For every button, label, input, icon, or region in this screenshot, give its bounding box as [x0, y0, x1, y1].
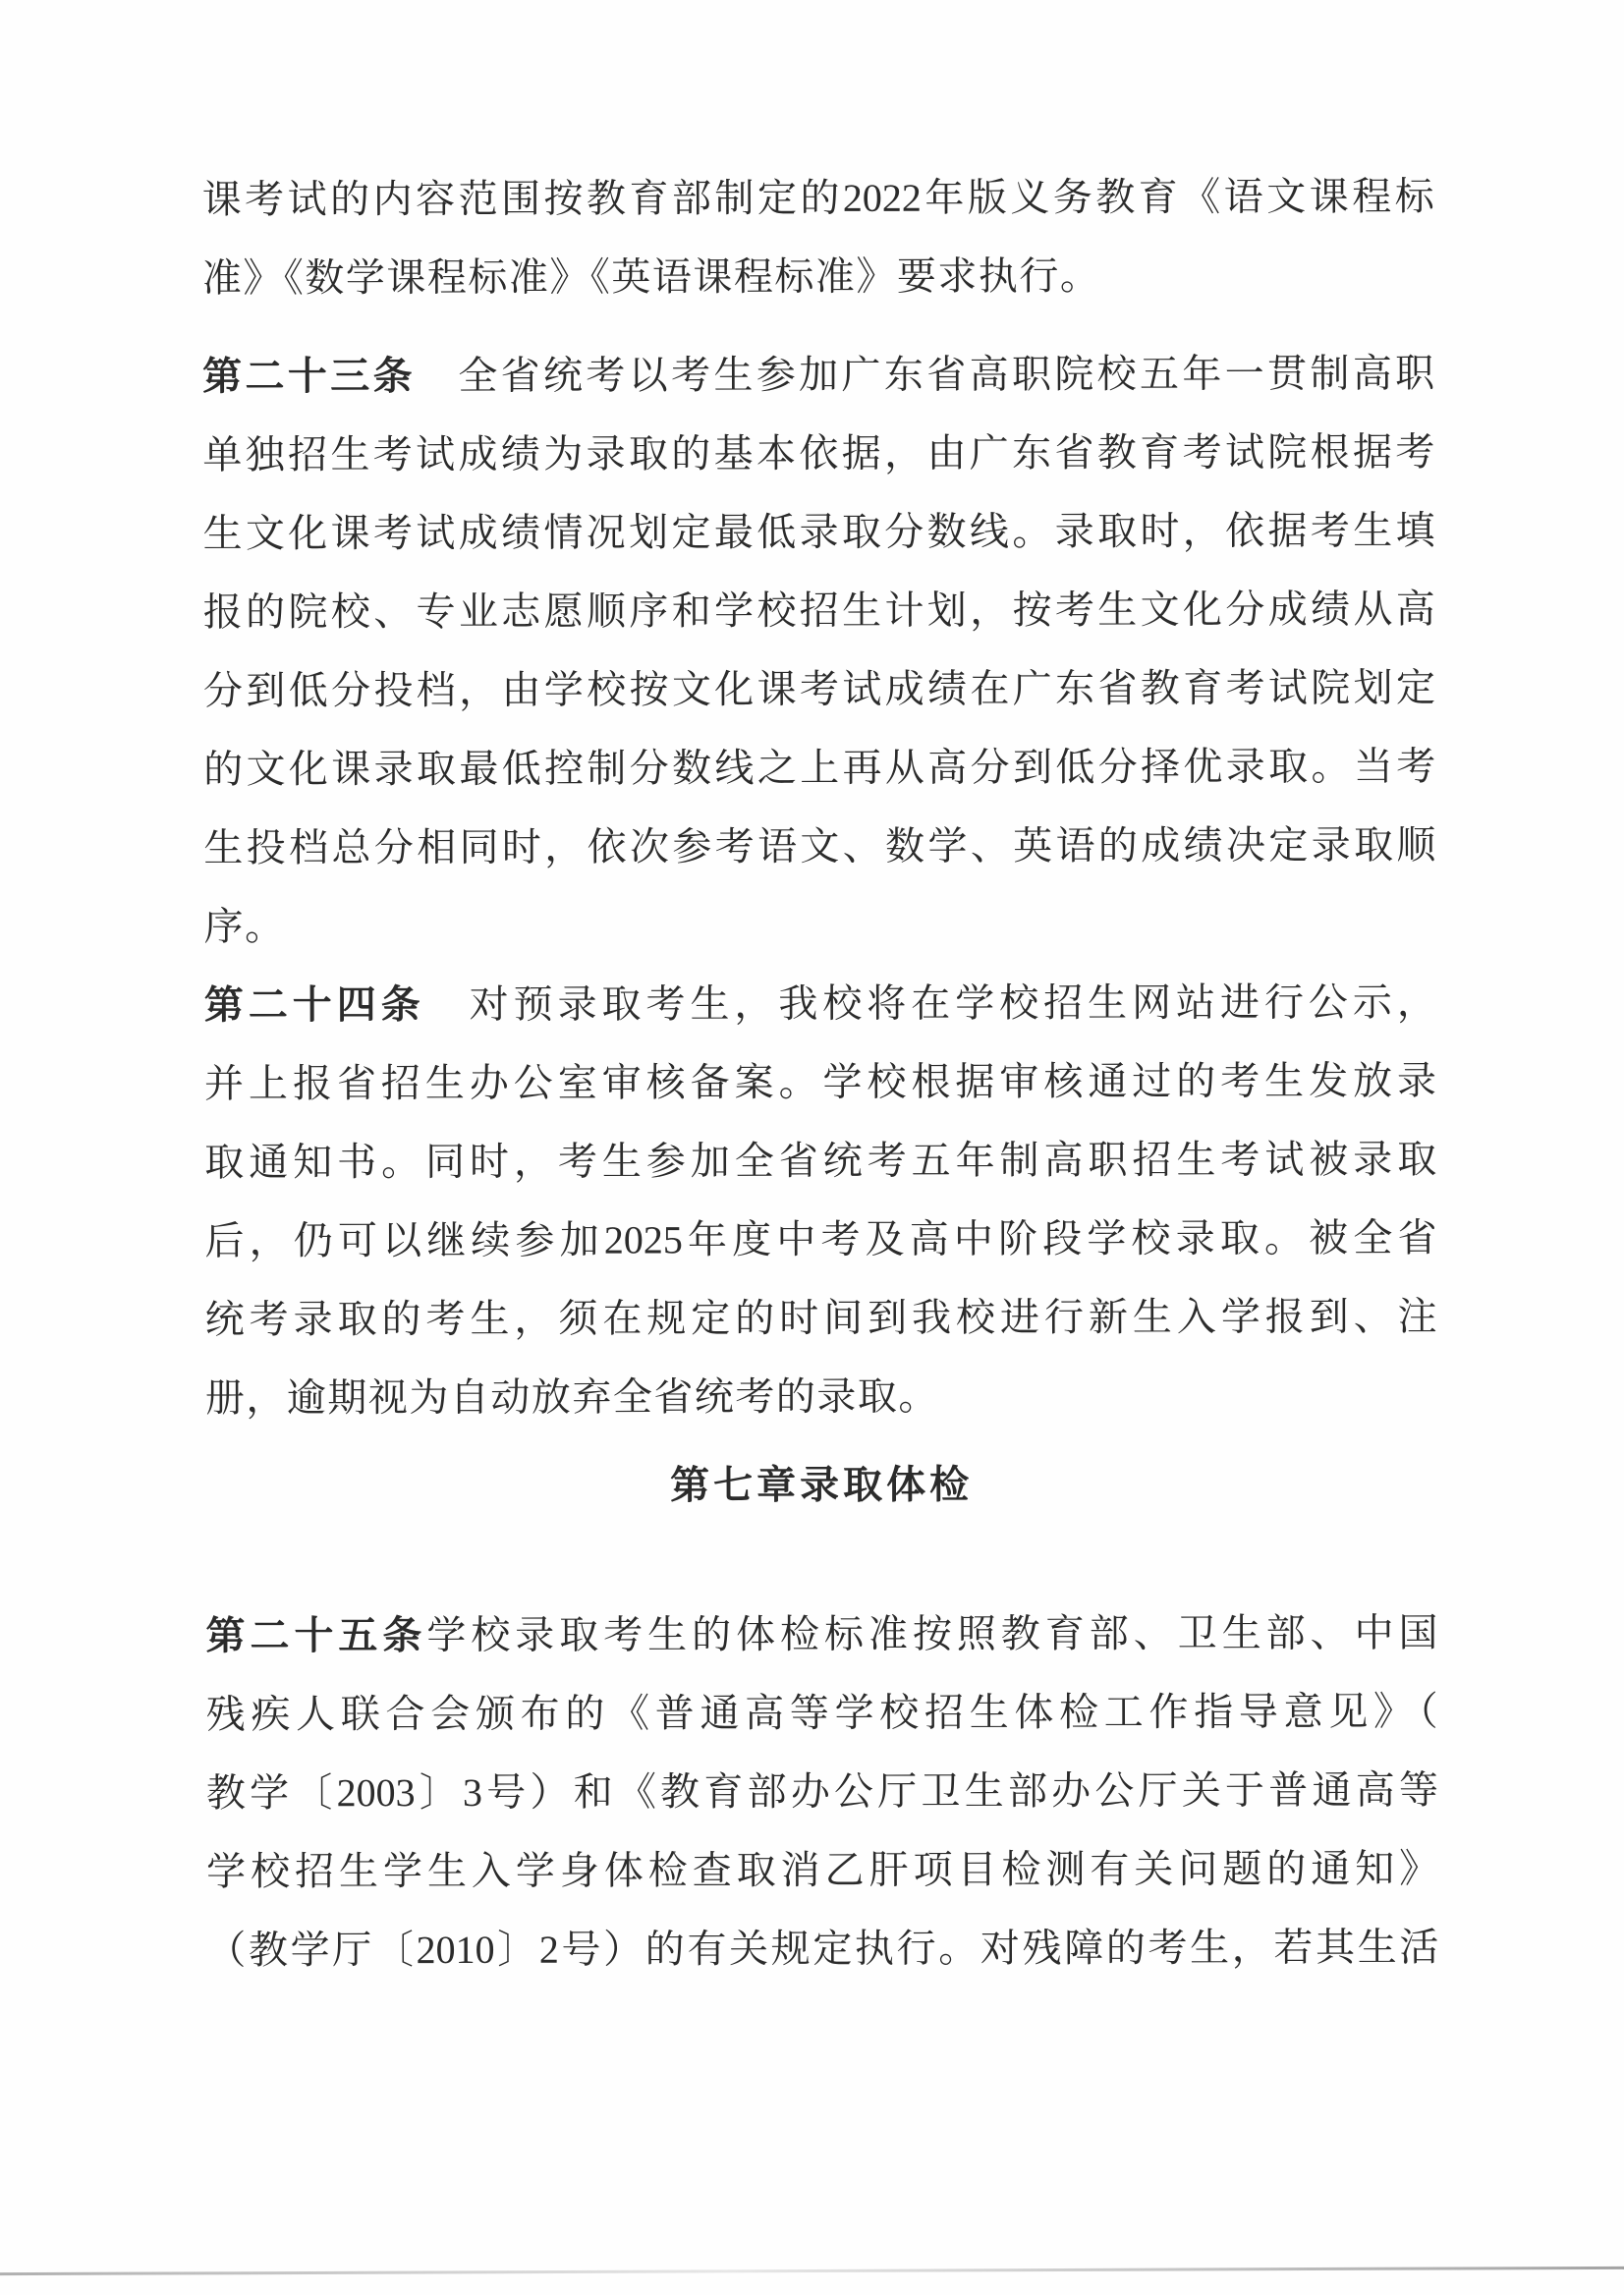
text-line: 报的院校、专业志愿顺序和学校招生计划，按考生文化分成绩从高	[203, 570, 1435, 651]
text-line: 生投档总分相同时，依次参考语文、数学、英语的成绩决定录取顺	[203, 806, 1435, 887]
chapter-7-heading: 第七章录取体检	[205, 1444, 1437, 1526]
line-text: 第七章录取体检	[670, 1463, 973, 1508]
line-text: 全省统考以考生参加广东省高职院校五年一贯制高职	[416, 351, 1434, 398]
line-text: 序。	[204, 904, 286, 948]
text-line: 统考录取的考生，须在规定的时间到我校进行新生入学报到、注	[205, 1277, 1437, 1359]
line-text: 分到低分投档，由学校按文化课考试成绩在广东省教育考试院划定	[203, 665, 1435, 712]
article-number: 第二十四条	[204, 982, 425, 1028]
line-text: 生投档总分相同时，依次参考语文、数学、英语的成绩决定录取顺	[203, 822, 1435, 869]
line-text: 教学〔2003〕3号）和《教育部办公厅卫生部办公厅关于普通高等	[206, 1767, 1438, 1815]
line-text: 学校招生学生入学身体检查取消乙肝项目检测有关问题的通知》	[206, 1846, 1438, 1893]
text-line: 准》《数学课程标准》《英语课程标准》要求执行。	[202, 236, 1434, 317]
text-line: 分到低分投档，由学校按文化课考试成绩在广东省教育考试院划定	[203, 648, 1435, 730]
text-line: 生文化课考试成绩情况划定最低录取分数线。录取时，依据考生填	[202, 491, 1434, 573]
line-text: 后，仍可以继续参加2025年度中考及高中阶段学校录取。被全省	[204, 1215, 1436, 1262]
document-page: 课考试的内容范围按教育部制定的2022年版义务教育《语文课程标准》《数学课程标准…	[0, 0, 1624, 2295]
document-text: 课考试的内容范围按教育部制定的2022年版义务教育《语文课程标准》《数学课程标准…	[202, 157, 1439, 1989]
text-line: 并上报省招生办公室审核备案。学校根据审核通过的考生发放录	[204, 1041, 1436, 1123]
line-text: 对预录取考生，我校将在学校招生网站进行公示，	[425, 980, 1436, 1027]
line-text: 报的院校、专业志愿顺序和学校招生计划，按考生文化分成绩从高	[203, 587, 1435, 634]
text-line: 学校招生学生入学身体检查取消乙肝项目检测有关问题的通知》	[206, 1829, 1438, 1911]
line-text: 统考录取的考生，须在规定的时间到我校进行新生入学报到、注	[205, 1294, 1437, 1341]
article-number: 第二十五条	[205, 1613, 426, 1658]
text-line: 第二十四条 对预录取考生，我校将在学校招生网站进行公示，	[204, 963, 1436, 1044]
line-text: 课考试的内容范围按教育部制定的2022年版义务教育《语文课程标	[202, 174, 1434, 221]
line-text: 册，逾期视为自动放弃全省统考的录取。	[205, 1374, 939, 1421]
line-text: 学校录取考生的体检标准按照教育部、卫生部、中国	[426, 1610, 1437, 1657]
line-text: 的文化课录取最低控制分数线之上再从高分到低分择优录取。当考	[203, 744, 1435, 791]
para-article-24: 第二十四条 对预录取考生，我校将在学校招生网站进行公示，并上报省招生办公室审核备…	[204, 963, 1437, 1437]
line-text: 残疾人联合会颁布的《普通高等学校招生体检工作指导意见》（	[206, 1689, 1438, 1736]
text-line: 单独招生考试成绩为录取的基本依据，由广东省教育考试院根据考	[202, 413, 1434, 494]
para-article-25: 第二十五条学校录取考生的体检标准按照教育部、卫生部、中国残疾人联合会颁布的《普通…	[205, 1594, 1438, 1989]
text-line: 教学〔2003〕3号）和《教育部办公厅卫生部办公厅关于普通高等	[206, 1751, 1438, 1832]
line-text: 取通知书。同时，考生参加全省统考五年制高职招生考试被录取	[204, 1137, 1436, 1184]
para-continuation: 课考试的内容范围按教育部制定的2022年版义务教育《语文课程标准》《数学课程标准…	[202, 157, 1434, 317]
text-line: 残疾人联合会颁布的《普通高等学校招生体检工作指导意见》（	[206, 1672, 1438, 1754]
text-line: 课考试的内容范围按教育部制定的2022年版义务教育《语文课程标	[202, 157, 1434, 239]
text-line: 第二十五条学校录取考生的体检标准按照教育部、卫生部、中国	[205, 1594, 1437, 1675]
line-text: 生文化课考试成绩情况划定最低录取分数线。录取时，依据考生填	[202, 508, 1434, 555]
article-number: 第二十三条	[202, 354, 416, 399]
text-line: 第二十三条 全省统考以考生参加广东省高职院校五年一贯制高职	[202, 334, 1434, 416]
line-text: 单独招生考试成绩为录取的基本依据，由广东省教育考试院根据考	[202, 429, 1434, 476]
scan-artifact-line	[0, 2267, 1624, 2275]
text-line: （教学厅〔2010〕2号）的有关规定执行。对残障的考生，若其生活	[206, 1908, 1438, 1989]
line-text: 准》《数学课程标准》《英语课程标准》要求执行。	[202, 253, 1101, 300]
text-line: 册，逾期视为自动放弃全省统考的录取。	[205, 1356, 1437, 1437]
text-line: 后，仍可以继续参加2025年度中考及高中阶段学校录取。被全省	[204, 1199, 1436, 1280]
para-article-23: 第二十三条 全省统考以考生参加广东省高职院校五年一贯制高职单独招生考试成绩为录取…	[202, 334, 1436, 966]
text-line: 的文化课录取最低控制分数线之上再从高分到低分择优录取。当考	[203, 727, 1435, 809]
line-text: 并上报省招生办公室审核备案。学校根据审核通过的考生发放录	[204, 1058, 1436, 1105]
line-text: （教学厅〔2010〕2号）的有关规定执行。对残障的考生，若其生活	[206, 1925, 1438, 1972]
chapter-heading: 第七章录取体检	[205, 1444, 1437, 1526]
text-line: 取通知书。同时，考生参加全省统考五年制高职招生考试被录取	[204, 1120, 1436, 1202]
text-line: 序。	[204, 884, 1436, 966]
